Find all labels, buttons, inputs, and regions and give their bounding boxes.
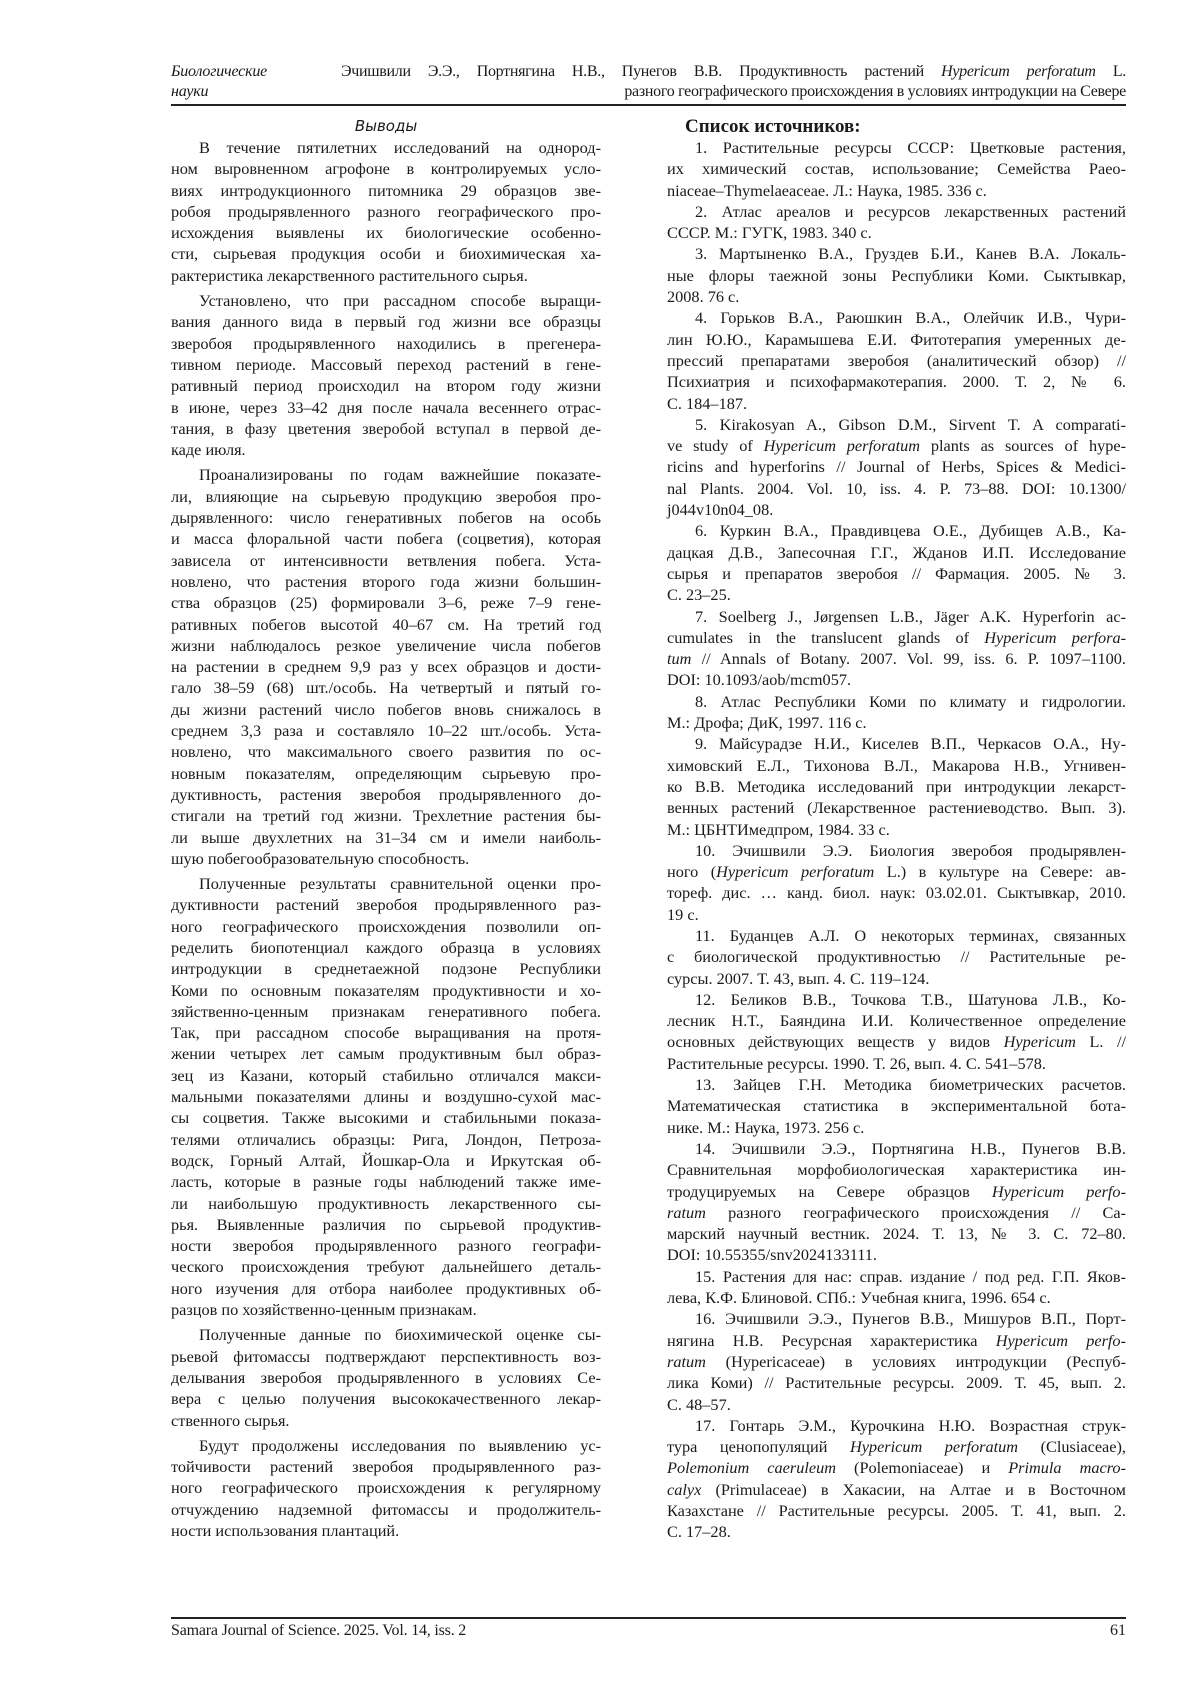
text-line: ственного сырья. <box>171 1410 601 1431</box>
reference-line: Сравнительная морфобиологическая характе… <box>667 1159 1126 1180</box>
text-line: рья. Выявленные различия по сырьевой про… <box>171 1214 601 1235</box>
reference-line: лин Ю.Ю., Карамышева Е.И. Фитотерапия ум… <box>667 329 1126 350</box>
running-title-line-1: Эчишвили Э.Э., Портнягина Н.В., Пунегов … <box>341 62 1126 82</box>
reference-line: основных действующих веществ у видов Hyp… <box>667 1031 1126 1052</box>
reference-line: тродуцируемых на Севере образцов Hyperic… <box>667 1181 1126 1202</box>
section-label: Биологические науки <box>171 62 321 102</box>
reference-line: сырья и препаратов зверобоя // Фармация.… <box>667 563 1126 584</box>
reference-line: марский научный вестник. 2024. Т. 13, № … <box>667 1223 1126 1244</box>
reference-line: тура ценопопуляций Hypericum perforatum … <box>667 1436 1126 1457</box>
reference-line: лесник Н.Т., Баяндина И.И. Количественно… <box>667 1010 1126 1031</box>
text-line: ного изучения для отбора наиболее продук… <box>171 1278 601 1299</box>
text-line: ли наибольшую продуктивность лекарственн… <box>171 1193 601 1214</box>
reference-line: niaceae–Thymelaeaceae. Л.: Наука, 1985. … <box>667 180 1126 201</box>
reference-line: 2. Атлас ареалов и ресурсов лекарственны… <box>667 201 1126 222</box>
text-line: исхождения выявлены их биологические осо… <box>171 222 601 243</box>
reference-line: 4. Горьков В.А., Раюшкин В.А., Олейчик И… <box>667 307 1126 328</box>
reference-line: j044v10n04_08. <box>667 499 1126 520</box>
text-line: ративный период происходил на втором год… <box>171 375 601 396</box>
reference-line: С. 23–25. <box>667 584 1126 605</box>
text-line: Полученные результаты сравнительной оцен… <box>171 873 601 894</box>
text-line: зависела от интенсивности ветвления побе… <box>171 550 601 571</box>
text-line: вера с целью получения высококачественно… <box>171 1388 601 1409</box>
reference-line: 3. Мартыненко В.А., Груздев Б.И., Канев … <box>667 243 1126 264</box>
reference-line: 14. Эчишвили Э.Э., Портнягина Н.В., Пуне… <box>667 1138 1126 1159</box>
text-line: стигали на третий год жизни. Трехлетние … <box>171 805 601 826</box>
text-line: отчуждению надземной фитомассы и продолж… <box>171 1499 601 1520</box>
text-line: дуктивность, растения зверобоя продырявл… <box>171 784 601 805</box>
reference-line: Психиатрия и психофармакотерапия. 2000. … <box>667 371 1126 392</box>
reference-item: 3. Мартыненко В.А., Груздев Б.И., Канев … <box>667 243 1126 307</box>
reference-item: 2. Атлас ареалов и ресурсов лекарственны… <box>667 201 1126 244</box>
reference-line: 17. Гонтарь Э.М., Курочкина Н.Ю. Возраст… <box>667 1415 1126 1436</box>
reference-line: с биологической продуктивностью // Расти… <box>667 946 1126 967</box>
footer-divider <box>171 1617 1126 1619</box>
reference-item: 5. Kirakosyan A., Gibson D.M., Sirvent T… <box>667 414 1126 520</box>
reference-item: 7. Soelberg J., Jørgensen L.B., Jäger A.… <box>667 606 1126 691</box>
text-line: зяйственно-ценным признакам генеративног… <box>171 1001 601 1022</box>
reference-line: ratum разного географического происхожде… <box>667 1202 1126 1223</box>
text-line: рьевой фитомассы подтверждают перспектив… <box>171 1346 601 1367</box>
reference-line: 11. Буданцев А.Л. О некоторых терминах, … <box>667 925 1126 946</box>
reference-line: С. 17–28. <box>667 1521 1126 1542</box>
text-line: новлено, что растения второго года жизни… <box>171 571 601 592</box>
section-title: Выводы <box>171 116 601 137</box>
running-title: Эчишвили Э.Э., Портнягина Н.В., Пунегов … <box>341 62 1126 102</box>
reference-line: венных растений (Лекарственное растениев… <box>667 797 1126 818</box>
text-line: шую побегообразовательную способность. <box>171 848 601 869</box>
text-line: Установлено, что при рассадном способе в… <box>171 290 601 311</box>
text-line: ного географического происхождения позво… <box>171 916 601 937</box>
reference-line: 12. Беликов В.В., Точкова Т.В., Шатунова… <box>667 989 1126 1010</box>
text-line: В течение пятилетних исследований на одн… <box>171 137 601 158</box>
reference-line: М.: Дрофа; ДиК, 1997. 116 с. <box>667 712 1126 733</box>
reference-line: 6. Куркин В.А., Правдивцева О.Е., Дубище… <box>667 520 1126 541</box>
reference-line: 19 с. <box>667 904 1126 925</box>
reference-item: 11. Буданцев А.Л. О некоторых терминах, … <box>667 925 1126 989</box>
text-line: и масса флоральной части побега (соцвети… <box>171 528 601 549</box>
reference-line: 8. Атлас Республики Коми по климату и ги… <box>667 691 1126 712</box>
reference-line: 5. Kirakosyan A., Gibson D.M., Sirvent T… <box>667 414 1126 435</box>
reference-line: cumulates in the translucent glands of H… <box>667 627 1126 648</box>
reference-line: Казахстане // Растительные ресурсы. 2005… <box>667 1500 1126 1521</box>
reference-item: 4. Горьков В.А., Раюшкин В.А., Олейчик И… <box>667 307 1126 413</box>
journal-citation: Samara Journal of Science. 2025. Vol. 14… <box>171 1622 466 1640</box>
text-line: ном выровненном агрофоне в контролируемы… <box>171 158 601 179</box>
text-line: жизни наблюдалось резкое увеличение числ… <box>171 635 601 656</box>
text-line: ческого происхождения требуют дальнейшег… <box>171 1256 601 1277</box>
running-title-text: Эчишвили Э.Э., Портнягина Н.В., Пунегов … <box>341 63 941 80</box>
paragraph: Установлено, что при рассадном способе в… <box>171 290 601 460</box>
reference-line: 15. Растения для нас: справ. издание / п… <box>667 1266 1126 1287</box>
reference-item: 16. Эчишвили Э.Э., Пунегов В.В., Мишуров… <box>667 1308 1126 1414</box>
paragraph: Будут продолжены исследования по выявлен… <box>171 1435 601 1541</box>
reference-line: 7. Soelberg J., Jørgensen L.B., Jäger A.… <box>667 606 1126 627</box>
running-title-line-2: разного географического происхождения в … <box>341 82 1126 102</box>
text-line: ли выше двухлетних на 31–34 см и имели н… <box>171 827 601 848</box>
reference-line: tum // Annals of Botany. 2007. Vol. 99, … <box>667 648 1126 669</box>
text-line: Коми по основным показателям продуктивно… <box>171 980 601 1001</box>
text-line: дырявленного: число генеративных побегов… <box>171 507 601 528</box>
reference-line: ratum (Hypericaceae) в условиях интродук… <box>667 1351 1126 1372</box>
reference-line: ve study of Hypericum perforatum plants … <box>667 435 1126 456</box>
text-line: ного географического происхождения к рег… <box>171 1477 601 1498</box>
text-line: интродукции в среднетаежной подзоне Респ… <box>171 958 601 979</box>
text-line: делывания зверобоя продырявленного в усл… <box>171 1367 601 1388</box>
references-title: Список источников: <box>667 116 1126 137</box>
reference-line: DOI: 10.55355/snv2024133111. <box>667 1244 1126 1265</box>
reference-line: лика Коми) // Растительные ресурсы. 2009… <box>667 1372 1126 1393</box>
text-line: Проанализированы по годам важнейшие пока… <box>171 464 601 485</box>
reference-line: прессий препаратами зверобоя (аналитичес… <box>667 350 1126 371</box>
reference-item: 13. Зайцев Г.Н. Методика биометрических … <box>667 1074 1126 1138</box>
reference-item: 1. Растительные ресурсы СССР: Цветковые … <box>667 137 1126 201</box>
paragraph: Полученные результаты сравнительной оцен… <box>171 873 601 1320</box>
reference-line: лева, К.Ф. Блиновой. СПб.: Учебная книга… <box>667 1287 1126 1308</box>
reference-line: С. 184–187. <box>667 393 1126 414</box>
text-line: вания данного вида в первый год жизни вс… <box>171 311 601 332</box>
reference-line: 1. Растительные ресурсы СССР: Цветковые … <box>667 137 1126 158</box>
text-line: тивном периоде. Массовый переход растени… <box>171 354 601 375</box>
reference-line: С. 48–57. <box>667 1394 1126 1415</box>
reference-line: их химический состав, использование; Сем… <box>667 158 1126 179</box>
text-line: тания, в фазу цветения зверобой вступал … <box>171 418 601 439</box>
page-number: 61 <box>1110 1622 1126 1640</box>
reference-item: 14. Эчишвили Э.Э., Портнягина Н.В., Пуне… <box>667 1138 1126 1266</box>
reference-line: М.: ЦБНТИмедпром, 1984. 33 с. <box>667 819 1126 840</box>
reference-item: 8. Атлас Республики Коми по климату и ги… <box>667 691 1126 734</box>
reference-line: сурсы. 2007. Т. 43, вып. 4. С. 119–124. <box>667 968 1126 989</box>
reference-line: ко В.В. Методика исследований при интрод… <box>667 776 1126 797</box>
paragraph: Проанализированы по годам важнейшие пока… <box>171 464 601 869</box>
section-label-line: Биологические <box>171 62 321 82</box>
section-label-line: науки <box>171 82 321 102</box>
reference-line: Математическая статистика в эксперимента… <box>667 1095 1126 1116</box>
text-line: тойчивости растений зверобоя продырявлен… <box>171 1456 601 1477</box>
references-column: Список источников: 1. Растительные ресур… <box>667 116 1126 1543</box>
reference-line: СССР. М.: ГУГК, 1983. 340 с. <box>667 222 1126 243</box>
reference-line: ного (Hypericum perforatum L.) в культур… <box>667 861 1126 882</box>
reference-line: химовский Е.Л., Тихонова В.Л., Макарова … <box>667 755 1126 776</box>
reference-line: 13. Зайцев Г.Н. Методика биометрических … <box>667 1074 1126 1095</box>
text-line: сти, сырьевая продукция особи и биохимич… <box>171 243 601 264</box>
reference-item: 10. Эчишвили Э.Э. Биология зверобоя прод… <box>667 840 1126 925</box>
reference-item: 6. Куркин В.А., Правдивцева О.Е., Дубище… <box>667 520 1126 605</box>
text-line: среднем 3,3 раза и составляло 10–22 шт./… <box>171 720 601 741</box>
reference-line: 2008. 76 с. <box>667 286 1126 307</box>
text-line: Полученные данные по биохимической оценк… <box>171 1324 601 1345</box>
running-title-text: L. <box>1096 63 1126 80</box>
conclusions-column: Выводы В течение пятилетних исследований… <box>171 116 601 1541</box>
reference-line: 9. Майсурадзе Н.И., Киселев В.П., Черкас… <box>667 733 1126 754</box>
reference-line: нике. М.: Наука, 1973. 256 с. <box>667 1117 1126 1138</box>
text-line: ративных побегов высотой 40–67 см. На тр… <box>171 614 601 635</box>
reference-line: дацкая Д.В., Запесочная Г.Г., Жданов И.П… <box>667 542 1126 563</box>
paragraph: Полученные данные по биохимической оценк… <box>171 1324 601 1430</box>
reference-line: Polemonium caeruleum (Polemoniaceae) и P… <box>667 1457 1126 1478</box>
reference-line: nal Plants. 2004. Vol. 10, iss. 4. P. 73… <box>667 478 1126 499</box>
reference-item: 9. Майсурадзе Н.И., Киселев В.П., Черкас… <box>667 733 1126 839</box>
text-line: ды жизни растений число побегов вновь сн… <box>171 699 601 720</box>
reference-line: DOI: 10.1093/aob/mcm057. <box>667 669 1126 690</box>
reference-line: нягина Н.В. Ресурсная характеристика Hyp… <box>667 1330 1126 1351</box>
text-line: зверобоя продырявленного находились в пр… <box>171 333 601 354</box>
species-name: Hypericum perforatum <box>941 63 1096 80</box>
text-line: ности использования плантаций. <box>171 1520 601 1541</box>
reference-item: 17. Гонтарь Э.М., Курочкина Н.Ю. Возраст… <box>667 1415 1126 1543</box>
text-line: ства образцов (25) формировали 3–6, реже… <box>171 592 601 613</box>
text-line: сы соцветия. Также высокими и стабильным… <box>171 1107 601 1128</box>
text-line: Так, при рассадном способе выращивания н… <box>171 1022 601 1043</box>
text-line: ласть, которые в разные годы наблюдений … <box>171 1171 601 1192</box>
text-line: каде июля. <box>171 439 601 460</box>
reference-line: тореф. дис. … канд. биол. наук: 03.02.01… <box>667 882 1126 903</box>
reference-line: 10. Эчишвили Э.Э. Биология зверобоя прод… <box>667 840 1126 861</box>
text-line: гало 38–59 (68) шт./особь. На четвертый … <box>171 677 601 698</box>
text-line: мальными показателями длины и воздушно-с… <box>171 1086 601 1107</box>
page-header: Биологические науки Эчишвили Э.Э., Портн… <box>171 62 1126 102</box>
text-line: водск, Горный Алтай, Йошкар-Ола и Иркутс… <box>171 1150 601 1171</box>
text-line: дуктивности растений зверобоя продырявле… <box>171 894 601 915</box>
reference-line: calyx (Primulaceae) в Хакасии, на Алтае … <box>667 1479 1126 1500</box>
paragraph: В течение пятилетних исследований на одн… <box>171 137 601 286</box>
reference-line: ные флоры таежной зоны Республики Коми. … <box>667 265 1126 286</box>
text-line: робоя продырявленного разного географиче… <box>171 201 601 222</box>
text-line: новным показателям, определяющим сырьеву… <box>171 763 601 784</box>
text-line: виях интродукционного питомника 29 образ… <box>171 180 601 201</box>
text-line: ности зверобоя продырявленного разного г… <box>171 1235 601 1256</box>
reference-item: 15. Растения для нас: справ. издание / п… <box>667 1266 1126 1309</box>
text-line: ли, влияющие на сырьевую продукцию зверо… <box>171 486 601 507</box>
text-line: жении четырех лет самым продуктивным был… <box>171 1043 601 1064</box>
text-line: на растении в среднем 9,9 раз у всех обр… <box>171 656 601 677</box>
text-line: Будут продолжены исследования по выявлен… <box>171 1435 601 1456</box>
text-line: разцов по хозяйственно-ценным признакам. <box>171 1299 601 1320</box>
text-line: ределить биопотенциал каждого образца в … <box>171 937 601 958</box>
text-line: рактеристика лекарственного растительног… <box>171 265 601 286</box>
reference-line: 16. Эчишвили Э.Э., Пунегов В.В., Мишуров… <box>667 1308 1126 1329</box>
text-line: новлено, что максимального своего развит… <box>171 741 601 762</box>
header-divider <box>171 104 1126 106</box>
text-line: телями отличались образцы: Рига, Лондон,… <box>171 1129 601 1150</box>
reference-line: Растительные ресурсы. 1990. Т. 26, вып. … <box>667 1053 1126 1074</box>
text-line: зец из Казани, который стабильно отличал… <box>171 1065 601 1086</box>
text-line: в июне, через 33–42 дня после начала вес… <box>171 397 601 418</box>
reference-line: ricins and hyperforins // Journal of Her… <box>667 456 1126 477</box>
reference-item: 12. Беликов В.В., Точкова Т.В., Шатунова… <box>667 989 1126 1074</box>
